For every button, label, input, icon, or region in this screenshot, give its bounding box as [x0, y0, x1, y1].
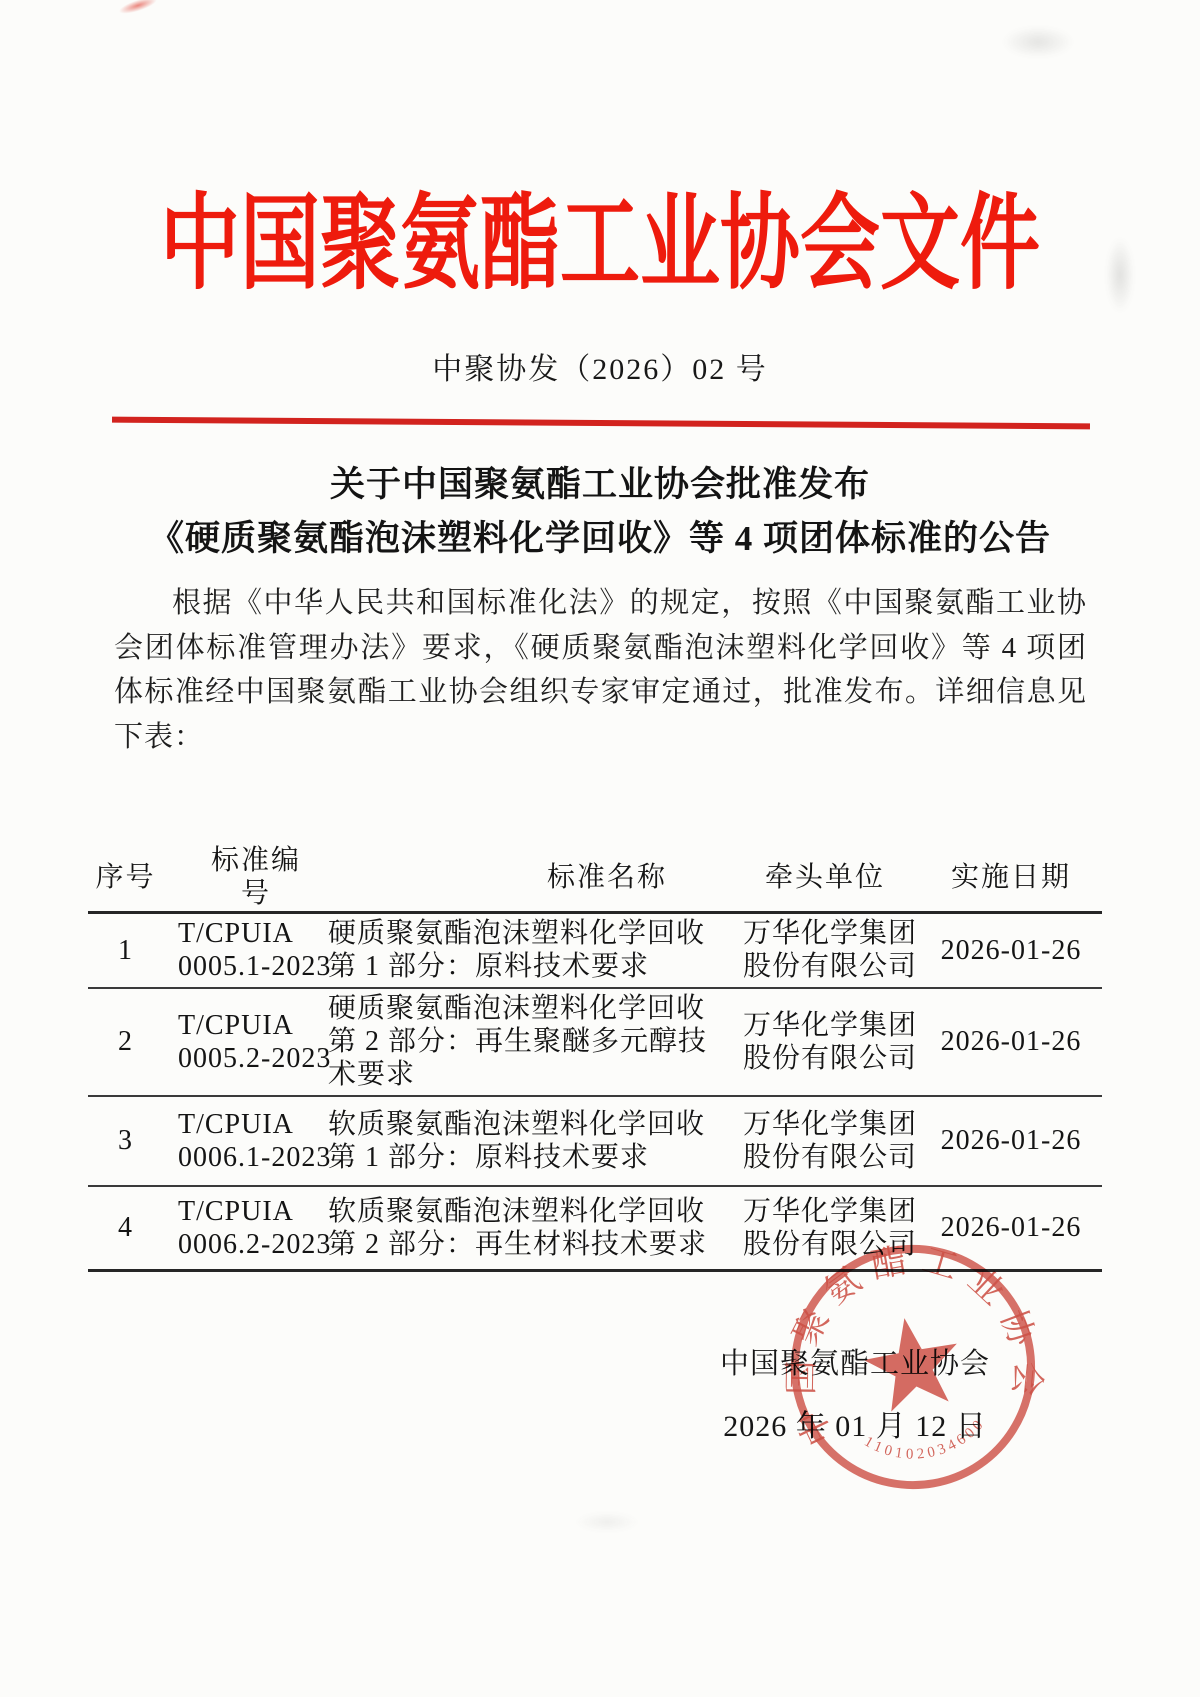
- standards-table: 序号 标准编号 标准名称 牵头单位 实施日期 1 T/CPUIA 0005.1-…: [88, 843, 1102, 1272]
- table-row: 1 T/CPUIA 0005.1-2023 硬质聚氨酯泡沫塑料化学回收 第 1 …: [88, 913, 1102, 988]
- document-page: 中国聚氨酯工业协会文件 中聚协发（2026）02 号 关于中国聚氨酯工业协会批准…: [0, 0, 1200, 1697]
- cell-lead-org: 万华化学集团 股份有限公司: [730, 988, 920, 1096]
- table-header-row: 序号 标准编号 标准名称 牵头单位 实施日期: [88, 843, 1102, 913]
- header-standard-code: 标准编号: [163, 843, 315, 913]
- cell-effective-date: 2026-01-26: [920, 913, 1102, 988]
- scan-artifact-smudge: [575, 1512, 639, 1532]
- cell-lead-org: 万华化学集团 股份有限公司: [730, 1096, 920, 1186]
- header-standard-name: 标准名称: [315, 843, 730, 913]
- cell-standard-name: 软质聚氨酯泡沫塑料化学回收 第 1 部分：原料技术要求: [315, 1096, 730, 1186]
- cell-standard-name: 软质聚氨酯泡沫塑料化学回收 第 2 部分：再生材料技术要求: [315, 1186, 730, 1271]
- header-serial: 序号: [88, 843, 163, 913]
- seal-number: 110102034600: [859, 1413, 993, 1473]
- cell-standard-code: T/CPUIA 0005.1-2023: [163, 913, 315, 988]
- cell-standard-code: T/CPUIA 0005.2-2023: [163, 988, 315, 1096]
- svg-text:110102034600: 110102034600: [859, 1413, 993, 1473]
- cell-serial: 2: [88, 988, 163, 1096]
- table-row: 3 T/CPUIA 0006.1-2023 软质聚氨酯泡沫塑料化学回收 第 1 …: [88, 1096, 1102, 1186]
- cell-serial: 4: [88, 1186, 163, 1271]
- announcement-title: 关于中国聚氨酯工业协会批准发布 《硬质聚氨酯泡沫塑料化学回收》等 4 项团体标准…: [60, 458, 1140, 566]
- announcement-title-line2: 《硬质聚氨酯泡沫塑料化学回收》等 4 项团体标准的公告: [60, 512, 1140, 566]
- cell-serial: 3: [88, 1096, 163, 1186]
- table-row: 2 T/CPUIA 0005.2-2023 硬质聚氨酯泡沫塑料化学回收 第 2 …: [88, 988, 1102, 1096]
- cell-effective-date: 2026-01-26: [920, 988, 1102, 1096]
- scan-artifact-red: [117, 0, 158, 17]
- announcement-title-line1: 关于中国聚氨酯工业协会批准发布: [60, 458, 1140, 512]
- cell-standard-name: 硬质聚氨酯泡沫塑料化学回收 第 1 部分：原料技术要求: [315, 913, 730, 988]
- red-divider-rule: [112, 417, 1090, 430]
- scan-artifact-smudge: [1002, 26, 1074, 58]
- cell-lead-org: 万华化学集团 股份有限公司: [730, 913, 920, 988]
- document-number: 中聚协发（2026）02 号: [0, 352, 1200, 388]
- cell-standard-name: 硬质聚氨酯泡沫塑料化学回收 第 2 部分：再生聚醚多元醇技 术要求: [315, 988, 730, 1096]
- letterhead-title: 中国聚氨酯工业协会文件: [0, 174, 1200, 317]
- body-paragraph: 根据《中华人民共和国标准化法》的规定，按照《中国聚氨酯工业协会团体标准管理办法》…: [114, 581, 1087, 760]
- header-effective-date: 实施日期: [920, 843, 1102, 913]
- official-seal: 中国聚氨酯工业协会 110102034600: [764, 1218, 1063, 1517]
- seal-star-icon: [858, 1310, 967, 1415]
- cell-standard-code: T/CPUIA 0006.2-2023: [163, 1186, 315, 1271]
- cell-serial: 1: [88, 913, 163, 988]
- cell-standard-code: T/CPUIA 0006.1-2023: [163, 1096, 315, 1186]
- header-lead-org: 牵头单位: [730, 843, 920, 913]
- cell-effective-date: 2026-01-26: [920, 1096, 1102, 1186]
